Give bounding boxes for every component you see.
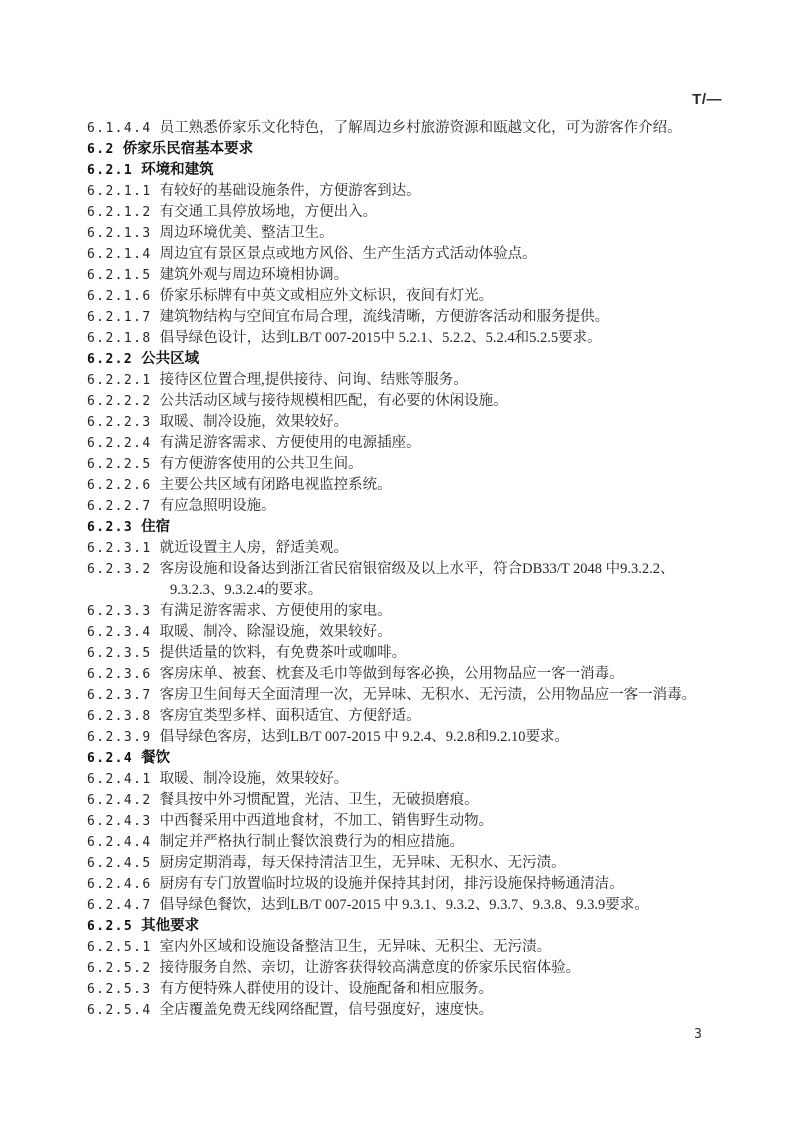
page-number: 3 <box>694 1027 702 1042</box>
clause-6.2.5.4: 6.2.5.4全店覆盖免费无线网络配置，信号强度好，速度快。 <box>87 1000 737 1021</box>
clause-6.2.2.2: 6.2.2.2公共活动区域与接待规模相匹配，有必要的休闲设施。 <box>87 391 737 412</box>
clause-6.2.4.7: 6.2.4.7倡导绿色餐饮，达到LB/T 007-2015 中 9.3.1、9.… <box>87 895 737 916</box>
clause-text: 客房床单、被套、枕套及毛巾等做到每客必换，公用物品应一客一消毒。 <box>160 666 624 682</box>
clause-6.2.2.1: 6.2.2.1接待区位置合理,提供接待、问询、结账等服务。 <box>87 370 737 391</box>
clause-number: 6.1.4.4 <box>87 121 152 136</box>
clause-text: 有应急照明设施。 <box>160 498 276 514</box>
clause-number: 6.2.3.5 <box>87 646 152 661</box>
clause-number: 6.2.4.6 <box>87 877 152 892</box>
clause-number: 6.2.3.1 <box>87 541 152 556</box>
clause-6.2.3.6: 6.2.3.6客房床单、被套、枕套及毛巾等做到每客必换，公用物品应一客一消毒。 <box>87 664 737 685</box>
section-heading-6.2.5: 6.2.5其他要求 <box>87 916 737 937</box>
clause-text: 有满足游客需求、方便使用的家电。 <box>160 603 392 619</box>
clause-6.2.2.5: 6.2.2.5有方便游客使用的公共卫生间。 <box>87 454 737 475</box>
clause-text: 环境和建筑 <box>141 162 214 178</box>
clause-number: 6.2.5 <box>87 919 133 934</box>
clause-number: 6.2.2.5 <box>87 457 152 472</box>
clause-number: 6.2.5.2 <box>87 961 152 976</box>
clause-6.2.5.2: 6.2.5.2接待服务自然、亲切，让游客获得较高满意度的侨家乐民宿体验。 <box>87 958 737 979</box>
clause-text: 倡导绿色餐饮，达到LB/T 007-2015 中 9.3.1、9.3.2、9.3… <box>160 897 649 913</box>
clause-number: 6.2.1.7 <box>87 310 152 325</box>
clause-number: 6.2.3.3 <box>87 604 152 619</box>
clause-text: 有交通工具停放场地，方便出入。 <box>160 204 378 220</box>
clause-number: 6.2.1.5 <box>87 268 152 283</box>
clause-text: 接待服务自然、亲切，让游客获得较高满意度的侨家乐民宿体验。 <box>160 960 581 976</box>
clause-text: 倡导绿色客房，达到LB/T 007-2015 中 9.2.4、9.2.8和9.2… <box>160 729 569 745</box>
clause-text: 接待区位置合理,提供接待、问询、结账等服务。 <box>160 372 468 388</box>
clause-text: 餐具按中外习惯配置，光洁、卫生，无破损磨痕。 <box>160 792 479 808</box>
clause-text: 侨家乐民宿基本要求 <box>123 141 254 157</box>
clause-number: 6.2.1.8 <box>87 331 152 346</box>
clause-text: 就近设置主人房，舒适美观。 <box>160 540 349 556</box>
clause-6.2.3.5: 6.2.3.5提供适量的饮料，有免费茶叶或咖啡。 <box>87 643 737 664</box>
clause-text: 室内外区域和设施设备整洁卫生，无异味、无积尘、无污渍。 <box>160 939 552 955</box>
clause-number: 6.2.1.3 <box>87 226 152 241</box>
clause-6.2.3.4: 6.2.3.4取暖、制冷、除湿设施，效果较好。 <box>87 622 737 643</box>
clause-6.2.2.4: 6.2.2.4有满足游客需求、方便使用的电源插座。 <box>87 433 737 454</box>
clause-number: 6.2.2.2 <box>87 394 152 409</box>
clause-6.2.2.3: 6.2.2.3取暖、制冷设施，效果较好。 <box>87 412 737 433</box>
clause-number: 6.2.1 <box>87 163 133 178</box>
clause-text: 制定并严格执行制止餐饮浪费行为的相应措施。 <box>160 834 465 850</box>
clause-number: 6.2.2 <box>87 352 133 367</box>
clause-text: 中西餐采用中西道地食材，不加工、销售野生动物。 <box>160 813 494 829</box>
clause-text: 有方便特殊人群使用的设计、设施配备和相应服务。 <box>160 981 494 997</box>
clause-6.2.3.2: 6.2.3.2客房设施和设备达到浙江省民宿银宿级及以上水平，符合DB33/T 2… <box>87 559 737 580</box>
clause-number: 6.2 <box>87 142 115 157</box>
clause-text: 有较好的基础设施条件，方便游客到达。 <box>160 183 421 199</box>
clause-text: 倡导绿色设计，达到LB/T 007-2015中 5.2.1、5.2.2、5.2.… <box>160 330 602 346</box>
clause-text: 有满足游客需求、方便使用的电源插座。 <box>160 435 421 451</box>
clause-6.2.2.6: 6.2.2.6主要公共区域有闭路电视监控系统。 <box>87 475 737 496</box>
clause-6.2.4.2: 6.2.4.2餐具按中外习惯配置，光洁、卫生，无破损磨痕。 <box>87 790 737 811</box>
clause-6.2.3.1: 6.2.3.1就近设置主人房，舒适美观。 <box>87 538 737 559</box>
clause-text: 取暖、制冷设施，效果较好。 <box>160 414 349 430</box>
clause-text: 客房设施和设备达到浙江省民宿银宿级及以上水平，符合DB33/T 2048 中9.… <box>160 561 675 577</box>
clause-number: 6.2.4.7 <box>87 898 152 913</box>
clause-6.2.3.2-continuation: 9.3.2.3、9.3.2.4的要求。 <box>87 580 737 601</box>
clause-text: 员工熟悉侨家乐文化特色，了解周边乡村旅游资源和瓯越文化，可为游客作介绍。 <box>160 120 682 136</box>
clause-number: 6.2.5.3 <box>87 982 152 997</box>
clause-number: 6.2.5.4 <box>87 1003 152 1018</box>
clause-number: 6.2.2.6 <box>87 478 152 493</box>
clause-number: 6.2.1.2 <box>87 205 152 220</box>
clause-6.2.1.2: 6.2.1.2有交通工具停放场地，方便出入。 <box>87 202 737 223</box>
clause-number: 6.2.3.9 <box>87 730 152 745</box>
clause-6.2.4.6: 6.2.4.6厨房有专门放置临时垃圾的设施并保持其封闭，排污设施保持畅通清洁。 <box>87 874 737 895</box>
clause-number: 6.2.4.1 <box>87 772 152 787</box>
clause-6.1.4.4: 6.1.4.4员工熟悉侨家乐文化特色，了解周边乡村旅游资源和瓯越文化，可为游客作… <box>87 118 737 139</box>
clause-text: 提供适量的饮料，有免费茶叶或咖啡。 <box>160 645 407 661</box>
clause-number: 6.2.3.6 <box>87 667 152 682</box>
clause-number: 6.2.1.4 <box>87 247 152 262</box>
section-heading-6.2.2: 6.2.2公共区域 <box>87 349 737 370</box>
clause-6.2.3.7: 6.2.3.7客房卫生间每天全面清理一次，无异味、无积水、无污渍，公用物品应一客… <box>87 685 737 706</box>
clause-6.2.4.4: 6.2.4.4制定并严格执行制止餐饮浪费行为的相应措施。 <box>87 832 737 853</box>
clause-text: 餐饮 <box>141 750 170 766</box>
clause-text: 建筑外观与周边环境相协调。 <box>160 267 349 283</box>
clause-number: 6.2.2.7 <box>87 499 152 514</box>
clause-number: 6.2.2.1 <box>87 373 152 388</box>
clause-number: 6.2.4.3 <box>87 814 152 829</box>
clause-number: 6.2.5.1 <box>87 940 152 955</box>
clause-text: 建筑物结构与空间宜布局合理，流线清晰，方便游客活动和服务提供。 <box>160 309 610 325</box>
clause-number: 6.2.4.2 <box>87 793 152 808</box>
clause-number: 6.2.3 <box>87 520 133 535</box>
clause-6.2.1.3: 6.2.1.3周边环境优美、整洁卫生。 <box>87 223 737 244</box>
clause-6.2.3.8: 6.2.3.8客房宜类型多样、面积适宜、方便舒适。 <box>87 706 737 727</box>
clause-number: 6.2.3.8 <box>87 709 152 724</box>
clause-number: 6.2.4.5 <box>87 856 152 871</box>
clause-text: 全店覆盖免费无线网络配置，信号强度好，速度快。 <box>160 1002 494 1018</box>
clause-6.2.4.1: 6.2.4.1取暖、制冷设施，效果较好。 <box>87 769 737 790</box>
standard-code-header: T/— <box>692 91 722 108</box>
clause-6.2.1.4: 6.2.1.4周边宜有景区景点或地方风俗、生产生活方式活动体验点。 <box>87 244 737 265</box>
clause-text: 客房卫生间每天全面清理一次，无异味、无积水、无污渍，公用物品应一客一消毒。 <box>160 687 697 703</box>
document-body: 6.1.4.4员工熟悉侨家乐文化特色，了解周边乡村旅游资源和瓯越文化，可为游客作… <box>87 118 737 1021</box>
clause-text: 主要公共区域有闭路电视监控系统。 <box>160 477 392 493</box>
document-page: T/— 6.1.4.4员工熟悉侨家乐文化特色，了解周边乡村旅游资源和瓯越文化，可… <box>0 0 793 1122</box>
section-heading-6.2.3: 6.2.3住宿 <box>87 517 737 538</box>
clause-text: 厨房有专门放置临时垃圾的设施并保持其封闭，排污设施保持畅通清洁。 <box>160 876 624 892</box>
clause-6.2.4.5: 6.2.4.5厨房定期消毒，每天保持清洁卫生，无异味、无积水、无污渍。 <box>87 853 737 874</box>
clause-text: 公共区域 <box>141 351 199 367</box>
clause-text: 周边宜有景区景点或地方风俗、生产生活方式活动体验点。 <box>160 246 537 262</box>
clause-text: 住宿 <box>141 519 170 535</box>
clause-number: 6.2.4 <box>87 751 133 766</box>
clause-6.2.1.8: 6.2.1.8倡导绿色设计，达到LB/T 007-2015中 5.2.1、5.2… <box>87 328 737 349</box>
clause-6.2.3.3: 6.2.3.3有满足游客需求、方便使用的家电。 <box>87 601 737 622</box>
clause-6.2.2.7: 6.2.2.7有应急照明设施。 <box>87 496 737 517</box>
clause-6.2.5.3: 6.2.5.3有方便特殊人群使用的设计、设施配备和相应服务。 <box>87 979 737 1000</box>
clause-text: 有方便游客使用的公共卫生间。 <box>160 456 363 472</box>
clause-6.2.5.1: 6.2.5.1室内外区域和设施设备整洁卫生，无异味、无积尘、无污渍。 <box>87 937 737 958</box>
clause-number: 6.2.1.1 <box>87 184 152 199</box>
section-heading-6.2.4: 6.2.4餐饮 <box>87 748 737 769</box>
clause-number: 6.2.4.4 <box>87 835 152 850</box>
clause-6.2.1.1: 6.2.1.1有较好的基础设施条件，方便游客到达。 <box>87 181 737 202</box>
clause-6.2.1.5: 6.2.1.5建筑外观与周边环境相协调。 <box>87 265 737 286</box>
clause-number: 6.2.3.7 <box>87 688 152 703</box>
clause-text: 其他要求 <box>141 918 199 934</box>
clause-number: 6.2.3.2 <box>87 562 152 577</box>
clause-6.2.1.6: 6.2.1.6侨家乐标牌有中英文或相应外文标识，夜间有灯光。 <box>87 286 737 307</box>
clause-number: 6.2.2.3 <box>87 415 152 430</box>
clause-6.2.4.3: 6.2.4.3中西餐采用中西道地食材，不加工、销售野生动物。 <box>87 811 737 832</box>
clause-number: 6.2.1.6 <box>87 289 152 304</box>
clause-text: 公共活动区域与接待规模相匹配，有必要的休闲设施。 <box>160 393 508 409</box>
section-heading-6.2.1: 6.2.1环境和建筑 <box>87 160 737 181</box>
section-heading-6.2: 6.2侨家乐民宿基本要求 <box>87 139 737 160</box>
clause-number: 6.2.2.4 <box>87 436 152 451</box>
clause-6.2.1.7: 6.2.1.7建筑物结构与空间宜布局合理，流线清晰，方便游客活动和服务提供。 <box>87 307 737 328</box>
clause-number: 6.2.3.4 <box>87 625 152 640</box>
clause-text: 客房宜类型多样、面积适宜、方便舒适。 <box>160 708 421 724</box>
clause-text: 周边环境优美、整洁卫生。 <box>160 225 334 241</box>
clause-text: 取暖、制冷、除湿设施，效果较好。 <box>160 624 392 640</box>
clause-text: 侨家乐标牌有中英文或相应外文标识，夜间有灯光。 <box>160 288 494 304</box>
clause-text: 9.3.2.3、9.3.2.4的要求。 <box>170 582 322 598</box>
clause-text: 取暖、制冷设施，效果较好。 <box>160 771 349 787</box>
clause-text: 厨房定期消毒，每天保持清洁卫生，无异味、无积水、无污渍。 <box>160 855 566 871</box>
clause-6.2.3.9: 6.2.3.9倡导绿色客房，达到LB/T 007-2015 中 9.2.4、9.… <box>87 727 737 748</box>
